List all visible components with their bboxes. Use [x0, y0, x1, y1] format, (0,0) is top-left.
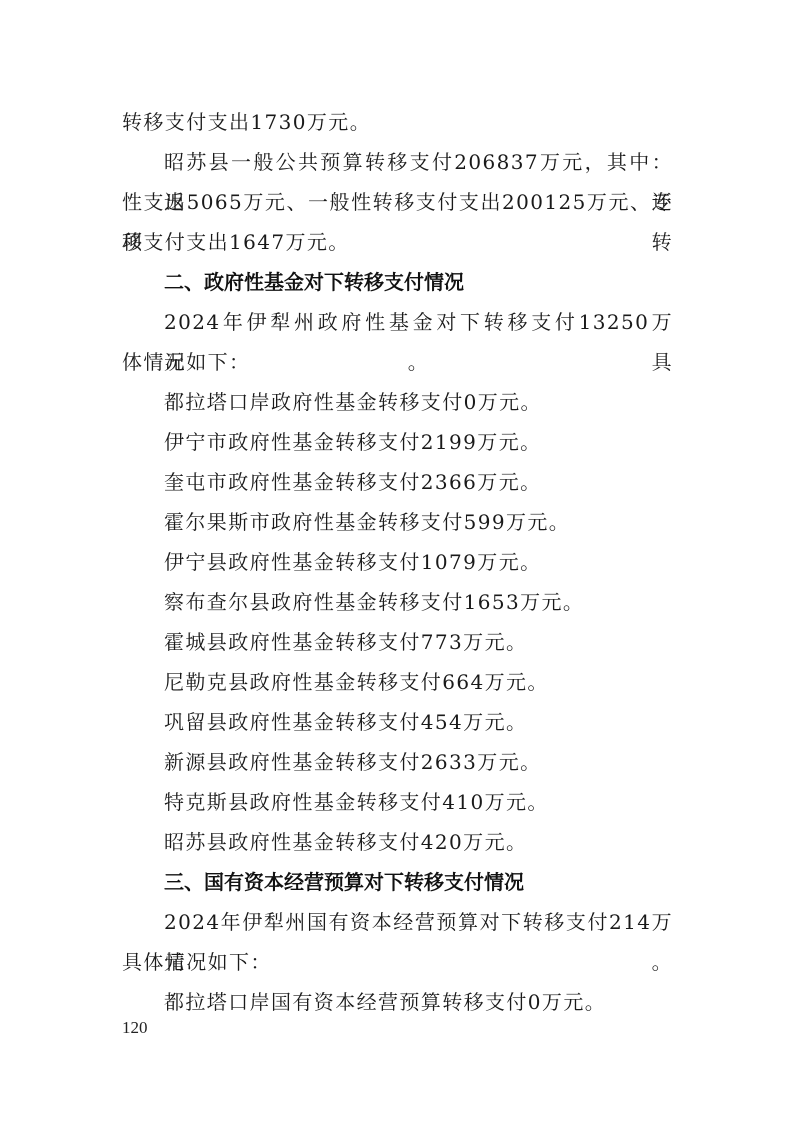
paragraph-line: 转移支付支出1730万元。	[122, 102, 673, 142]
list-item: 伊宁县政府性基金转移支付1079万元。	[122, 542, 673, 582]
paragraph-line: 昭苏县一般公共预算转移支付206837万元，其中：返还	[122, 142, 673, 182]
list-item: 霍城县政府性基金转移支付773万元。	[122, 622, 673, 662]
document-page: 转移支付支出1730万元。 昭苏县一般公共预算转移支付206837万元，其中：返…	[122, 102, 673, 1022]
list-item: 霍尔果斯市政府性基金转移支付599万元。	[122, 502, 673, 542]
list-item: 都拉塔口岸政府性基金转移支付0万元。	[122, 382, 673, 422]
list-item: 昭苏县政府性基金转移支付420万元。	[122, 822, 673, 862]
list-item: 奎屯市政府性基金转移支付2366万元。	[122, 462, 673, 502]
section-intro: 2024年伊犁州政府性基金对下转移支付13250万元。具	[122, 302, 673, 342]
list-item: 都拉塔口岸国有资本经营预算转移支付0万元。	[122, 982, 673, 1022]
list-item: 尼勒克县政府性基金转移支付664万元。	[122, 662, 673, 702]
list-item: 察布查尔县政府性基金转移支付1653万元。	[122, 582, 673, 622]
list-item: 巩留县政府性基金转移支付454万元。	[122, 702, 673, 742]
page-number: 120	[122, 1018, 148, 1038]
list-item: 特克斯县政府性基金转移支付410万元。	[122, 782, 673, 822]
section-heading-government-fund: 二、政府性基金对下转移支付情况	[122, 262, 673, 302]
paragraph-line: 性支出5065万元、一般性转移支付支出200125万元、专项转	[122, 182, 673, 222]
section-intro: 2024年伊犁州国有资本经营预算对下转移支付214万元。	[122, 902, 673, 942]
section-heading-state-capital: 三、国有资本经营预算对下转移支付情况	[122, 862, 673, 902]
list-item: 新源县政府性基金转移支付2633万元。	[122, 742, 673, 782]
list-item: 伊宁市政府性基金转移支付2199万元。	[122, 422, 673, 462]
